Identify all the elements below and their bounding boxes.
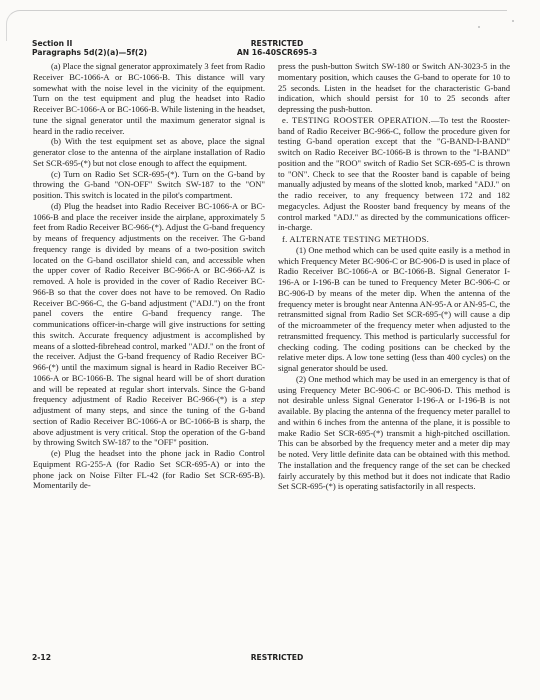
running-header-center: RESTRICTED AN 16-40SCR695-3 [212,39,342,57]
paragraph-a: (a) Place the signal generator approxima… [33,61,265,136]
paragraph-d-part1: (d) Plug the headset into Radio Receiver… [33,201,265,405]
paragraph-d-part2: adjustment of many steps, and since the … [33,405,265,447]
page-number: 2-12 [32,653,51,662]
section-e: e. TESTING ROOSTER OPERATION.—To test th… [278,115,510,233]
section-label: Section II [32,39,147,48]
document-number: AN 16-40SCR695-3 [212,48,342,57]
paragraph-e-continued: press the push-button Switch SW-180 or S… [278,61,510,115]
paragraph-d: (d) Plug the headset into Radio Receiver… [33,201,265,448]
step-emphasis: step [251,394,265,404]
page-edge [6,10,507,41]
scan-speck [512,20,514,22]
footer-classification: RESTRICTED [212,653,342,662]
scan-speck [478,26,480,28]
section-e-heading: e. TESTING ROOSTER OPERATION. [282,115,431,125]
right-column: press the push-button Switch SW-180 or S… [278,61,510,492]
paragraph-f2: (2) One method which may be used in an e… [278,374,510,492]
paragraph-c: (c) Turn on Radio Set SCR-695-(*). Turn … [33,169,265,201]
paragraph-range: Paragraphs 5d(2)(a)—5f(2) [32,48,147,57]
left-column: (a) Place the signal generator approxima… [33,61,265,491]
section-f-heading: f. ALTERNATE TESTING METHODS. [278,234,510,245]
paragraph-b: (b) With the test equipment set as above… [33,136,265,168]
paragraph-f1: (1) One method which can be used quite e… [278,245,510,374]
section-e-body: —To test the Rooster-band of Radio Recei… [278,115,510,233]
running-header-left: Section II Paragraphs 5d(2)(a)—5f(2) [32,39,147,57]
header-classification: RESTRICTED [212,39,342,48]
paragraph-e: (e) Plug the headset into the phone jack… [33,448,265,491]
